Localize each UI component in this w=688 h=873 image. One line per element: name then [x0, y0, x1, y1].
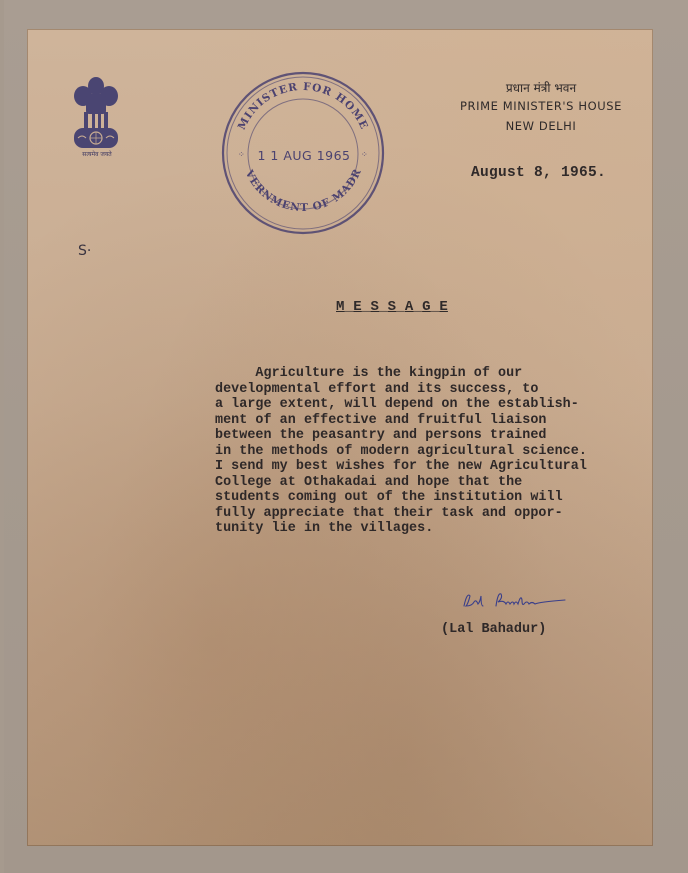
svg-text:⁘: ⁘	[361, 151, 368, 160]
letterhead-office: PRIME MINISTER'S HOUSE	[452, 96, 630, 116]
body-line: a large extent, will depend on the estab…	[215, 397, 645, 413]
body-line: students coming out of the institution w…	[215, 490, 645, 506]
body-line: I send my best wishes for the new Agricu…	[215, 459, 645, 475]
typed-signature: (Lal Bahadur)	[441, 622, 546, 637]
margin-mark: S·	[78, 243, 91, 259]
letterhead-city: NEW DELHI	[452, 116, 630, 136]
emblem-motto: सत्यमेव जयते	[74, 150, 120, 158]
message-title: M_E_S_S_A_G_E	[336, 299, 448, 315]
handwritten-signature	[460, 588, 590, 614]
body-line: fully appreciate that their task and opp…	[215, 506, 645, 522]
svg-text:⁘: ⁘	[238, 151, 245, 160]
letter-date: August 8, 1965.	[471, 165, 606, 181]
letterhead: प्रधान मंत्री भवन PRIME MINISTER'S HOUSE…	[452, 80, 630, 136]
body-line: between the peasantry and persons traine…	[215, 428, 645, 444]
stamp-date: 1 1 AUG 1965	[250, 148, 358, 163]
body-line: Agriculture is the kingpin of our	[215, 366, 645, 382]
body-line: tunity lie in the villages.	[215, 521, 645, 537]
letterhead-hindi: प्रधान मंत्री भवन	[452, 80, 630, 96]
body-line: College at Othakadai and hope that the	[215, 475, 645, 491]
body-line: in the methods of modern agricultural sc…	[215, 444, 645, 460]
body-line: ment of an effective and fruitful liaiso…	[215, 413, 645, 429]
message-body: Agriculture is the kingpin of ourdevelop…	[215, 366, 645, 537]
body-line: developmental effort and its success, to	[215, 382, 645, 398]
